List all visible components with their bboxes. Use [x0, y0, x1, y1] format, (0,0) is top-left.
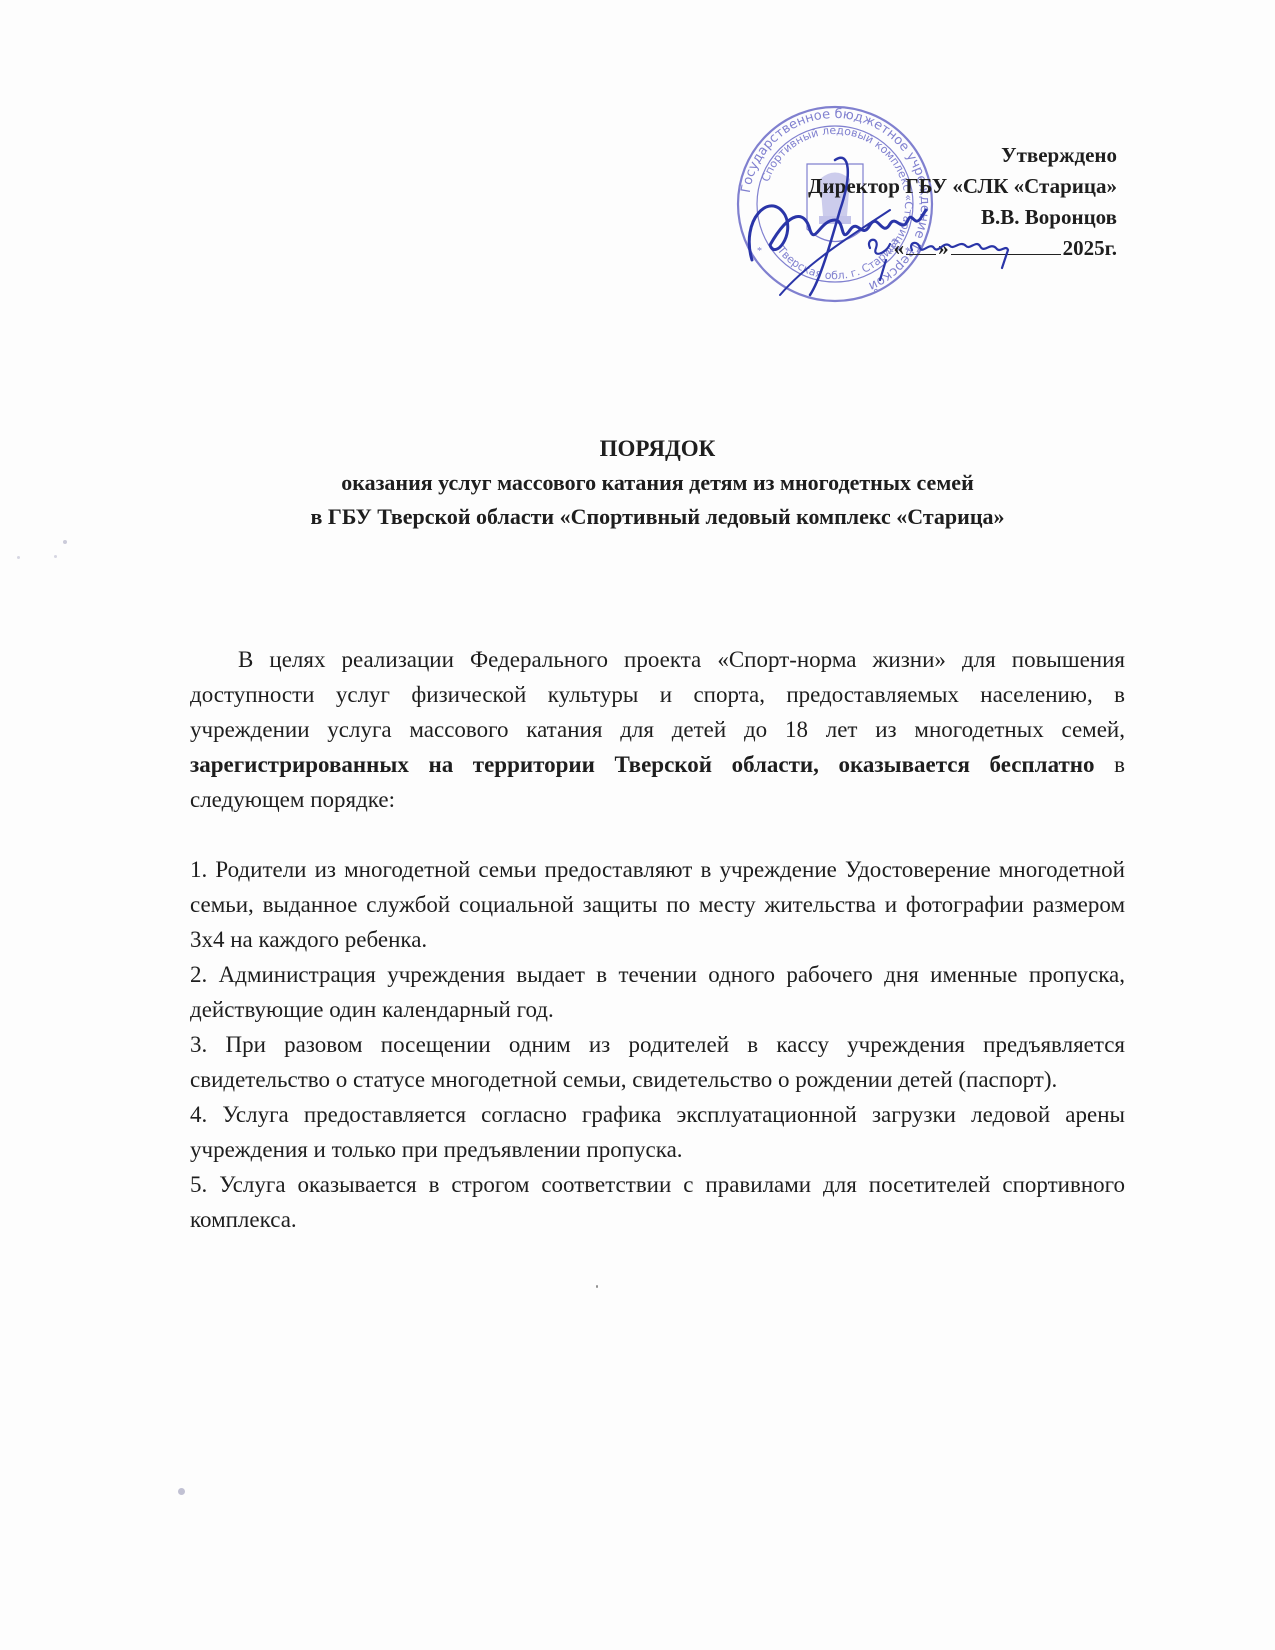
- scan-speck: [17, 556, 20, 559]
- list-item: 1. Родители из многодетной семьи предост…: [190, 852, 1125, 957]
- list-item: 4. Услуга предоставляется согласно графи…: [190, 1097, 1125, 1167]
- title-subtitle-line2: в ГБУ Тверской области «Спортивный ледов…: [190, 500, 1125, 534]
- list-item: 3. При разовом посещении одним из родите…: [190, 1027, 1125, 1097]
- document-body: В целях реализации Федерального проекта …: [190, 642, 1125, 1237]
- scan-speck: [178, 1488, 185, 1495]
- scan-speck: [596, 1285, 598, 1288]
- scan-speck: [54, 555, 57, 558]
- title-subtitle-line1: оказания услуг массового катания детям и…: [190, 466, 1125, 500]
- title-main: ПОРЯДОК: [190, 432, 1125, 466]
- document-page: Государственное бюджетное учреждение Тве…: [0, 0, 1275, 1650]
- procedure-list: 1. Родители из многодетной семьи предост…: [190, 852, 1125, 1237]
- list-item: 5. Услуга оказывается в строгом соответс…: [190, 1167, 1125, 1237]
- intro-text: В целях реализации Федерального проекта …: [190, 647, 1125, 742]
- intro-bold-text: зарегистрированных на территории Тверско…: [190, 752, 1095, 777]
- intro-paragraph: В целях реализации Федерального проекта …: [190, 642, 1125, 817]
- scan-speck: [63, 540, 67, 544]
- signature-icon: [740, 150, 1080, 300]
- list-item: 2. Администрация учреждения выдает в теч…: [190, 957, 1125, 1027]
- document-title: ПОРЯДОК оказания услуг массового катания…: [190, 432, 1125, 534]
